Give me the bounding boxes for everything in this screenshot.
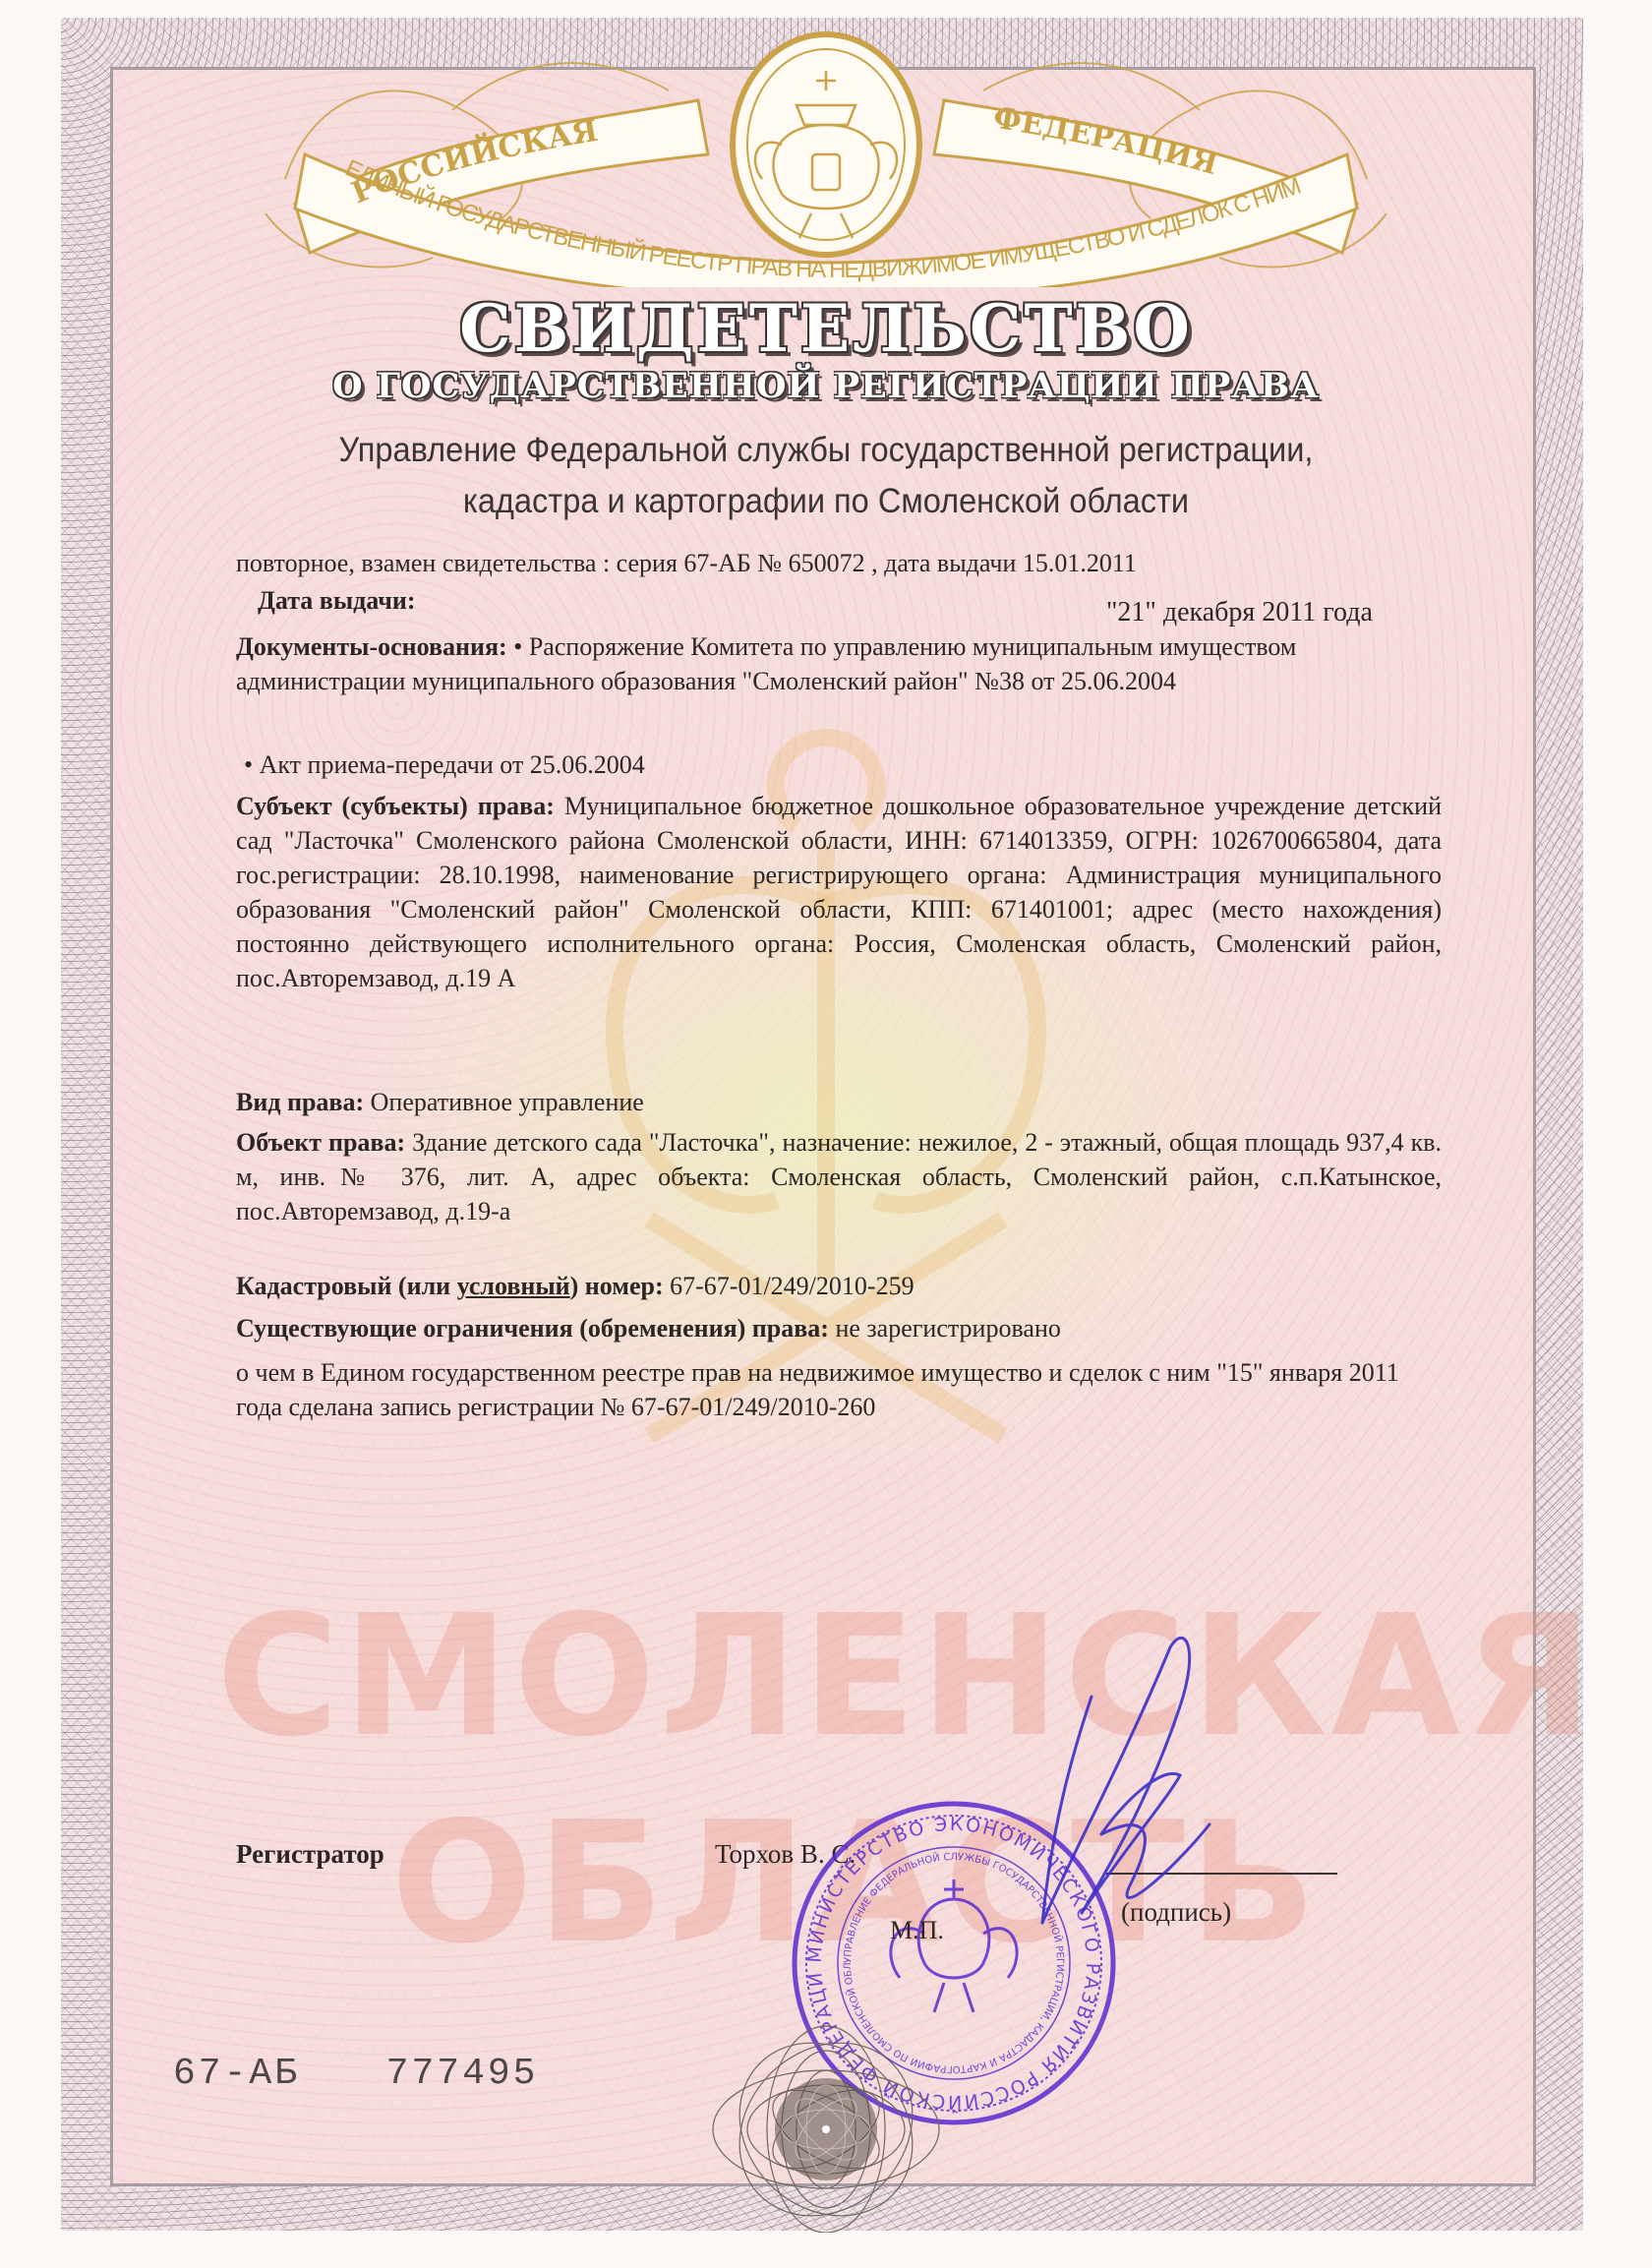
state-emblem-banner: РОССИЙСКАЯ ФЕДЕРАЦИЯ ЕДИНЫЙ ГОСУДАРСТВЕН… [226,31,1426,287]
authority-line-1: Управление Федеральной службы государств… [58,425,1594,476]
right-type-value: Оперативное управление [371,1088,644,1116]
subject-label: Субъект (субъекты) права: [236,792,555,820]
authority-line-2: кадастра и картографии по Смоленской обл… [58,476,1594,527]
basis-item-2: • Акт приема-передачи от 25.06.2004 [244,747,1424,782]
guilloche-rosette [708,2021,944,2233]
registrar-label: Регистратор [236,1837,384,1872]
certificate-serial: 67-АБ 777495 [173,2053,538,2095]
object-value: Здание детского сада "Ласточка", назначе… [236,1128,1442,1225]
issuing-authority: Управление Федеральной службы государств… [58,425,1594,527]
encumbrance-label: Существующие ограничения (обременения) п… [236,1314,829,1343]
cadastral-value: 67-67-01/249/2010-259 [670,1272,914,1300]
seal-label: М.П. [890,1913,944,1947]
watermark-line-1: СМОЛЕНСКАЯ [216,1574,1495,1780]
reissue-note: повторное, взамен свидетельства : серия … [236,546,1436,580]
cadastral-label-underlined: условный [457,1272,570,1300]
serial-series: 67-АБ [173,2053,300,2095]
right-type-label: Вид права: [236,1088,364,1116]
certificate-title: СВИДЕТЕЛЬСТВО [0,290,1652,367]
subject-value: Муниципальное бюджетное дошкольное образ… [236,792,1442,992]
right-type: Вид права: Оперативное управление [236,1085,1442,1119]
encumbrance-value: не зарегистрировано [835,1314,1060,1343]
handwritten-signature [1013,1628,1268,1952]
certificate-subtitle: О ГОСУДАРСТВЕННОЙ РЕГИСТРАЦИИ ПРАВА [0,366,1652,406]
issue-date-value: "21" декабря 2011 года [1106,595,1373,629]
right-object: Объект права: Здание детского сада "Ласт… [236,1125,1442,1228]
issue-date-label: Дата выдачи: [258,583,416,618]
cadastral-number: Кадастровый (или условный) номер: 67-67-… [236,1269,1442,1303]
cadastral-label: Кадастровый (или [236,1272,457,1300]
encumbrances: Существующие ограничения (обременения) п… [236,1311,1442,1345]
basis-documents: Документы-основания: • Распоряжение Коми… [236,629,1436,698]
serial-number: 777495 [386,2053,539,2095]
registry-record: о чем в Едином государственном реестре п… [236,1355,1442,1424]
right-subject: Субъект (субъекты) права: Муниципальное … [236,789,1442,995]
basis-label: Документы-основания: [236,632,507,661]
object-label: Объект права: [236,1128,405,1157]
cadastral-label-end: ) номер: [570,1272,664,1300]
